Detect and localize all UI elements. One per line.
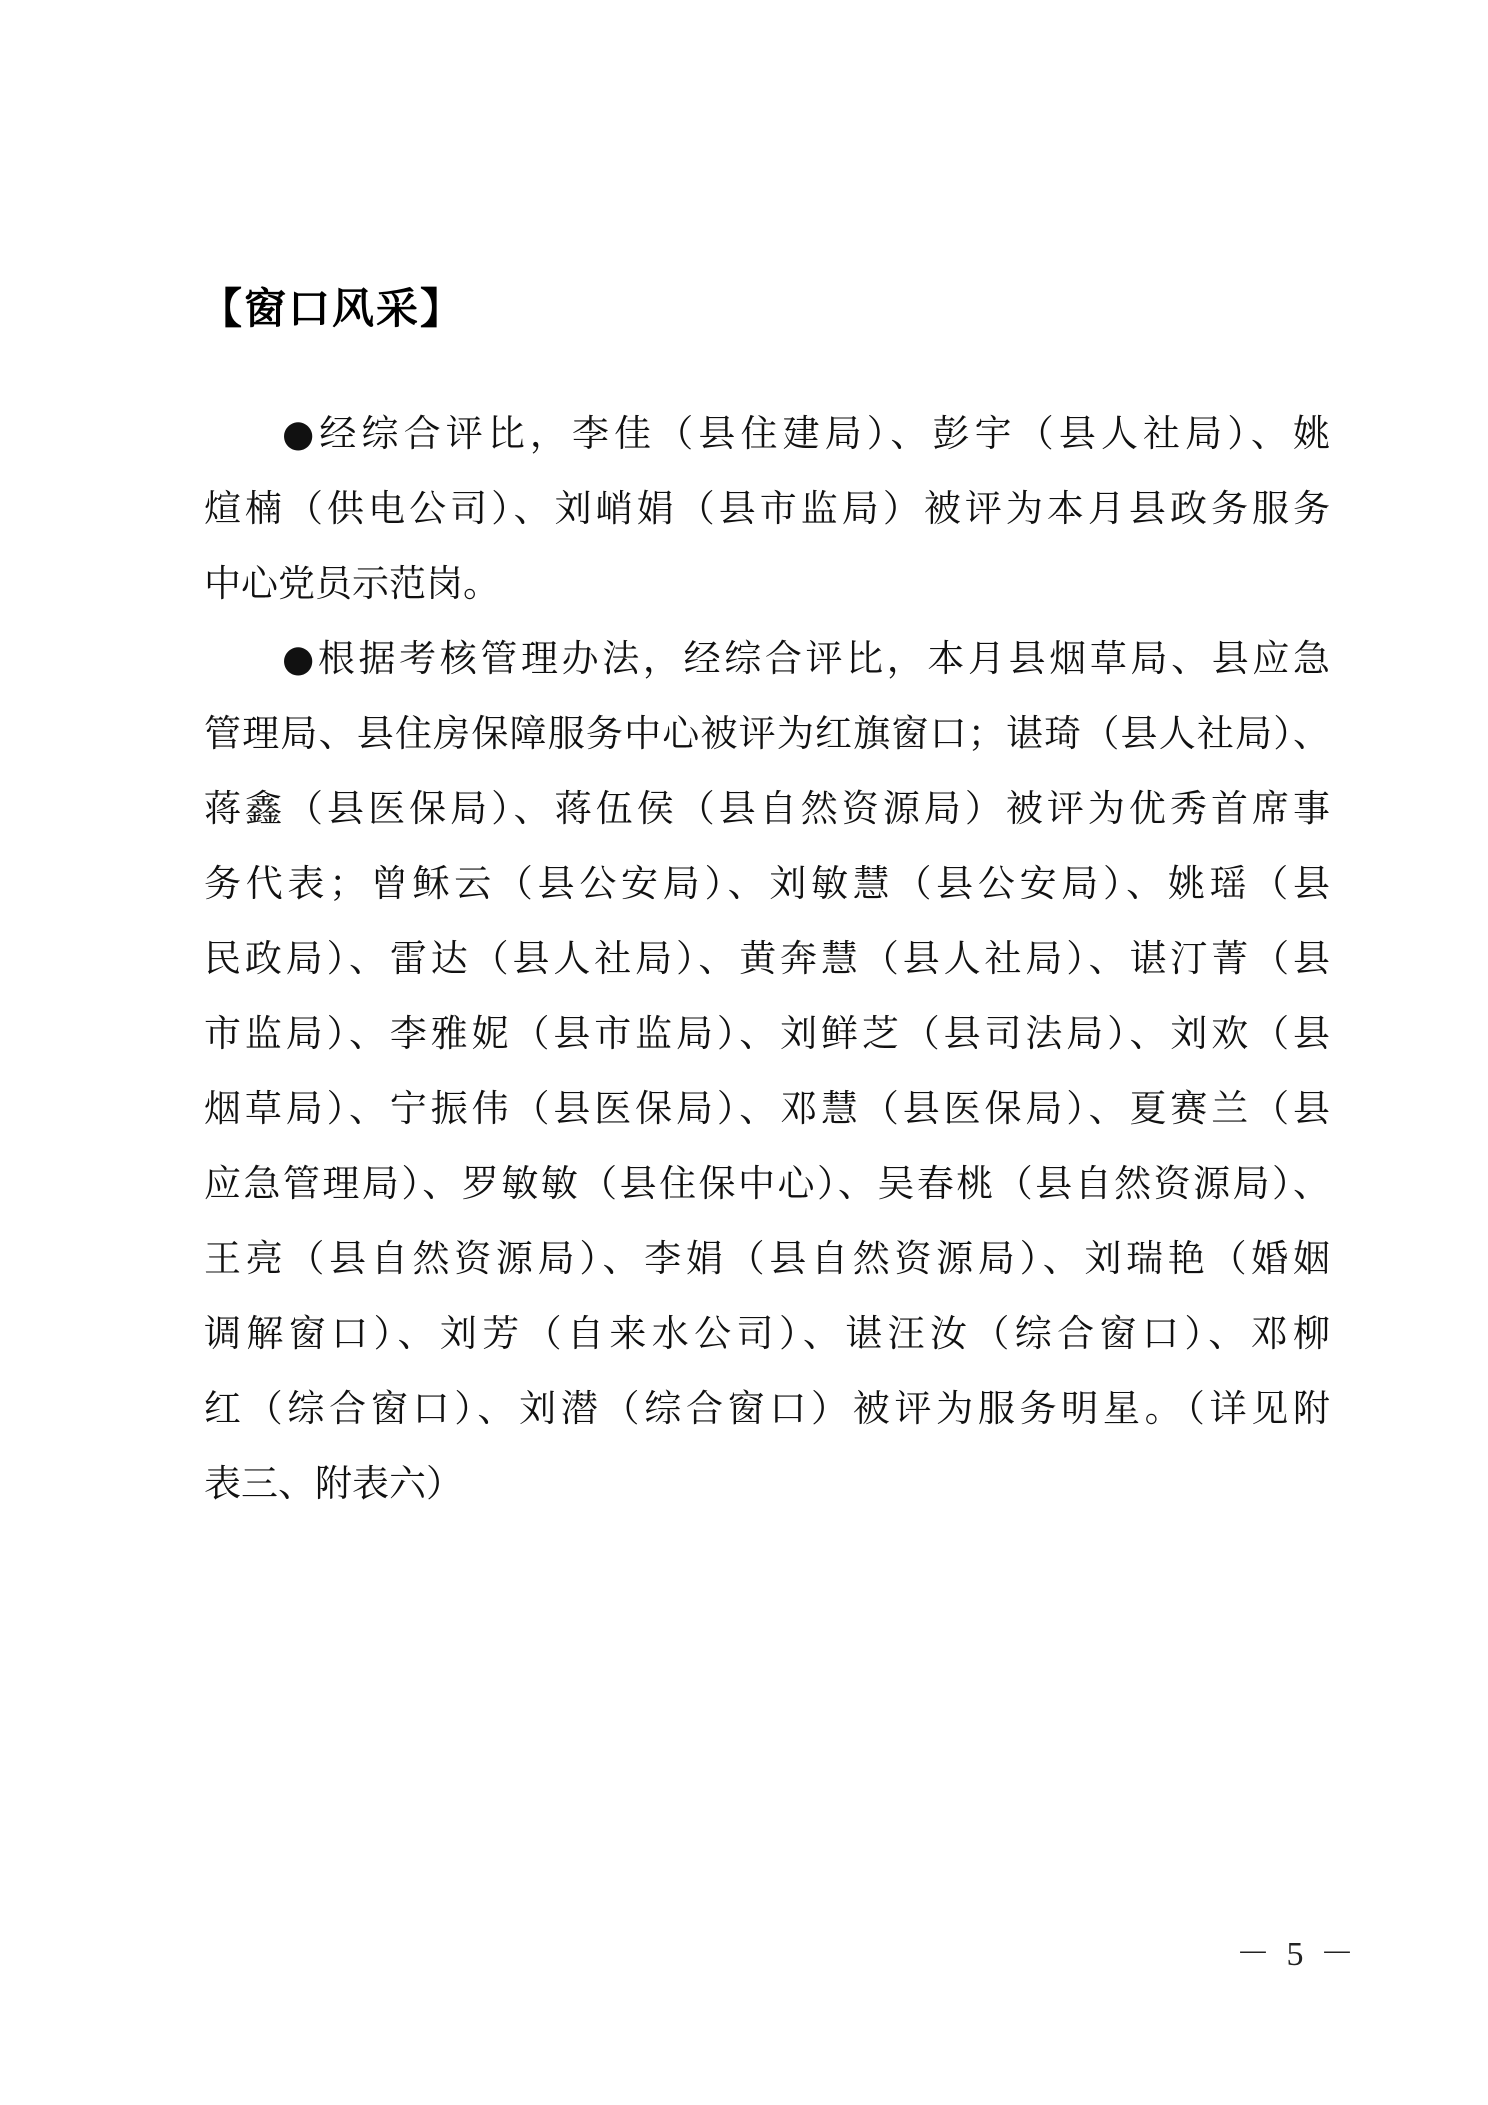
paragraph-2-line-1: ●根据考核管理办法，经综合评比，本月县烟草局、县应急	[204, 637, 1330, 681]
paragraph-2-line-12: 表三、附表六）	[204, 1462, 1330, 1506]
paragraph-2-line-4: 务代表；曾稣云（县公安局）、刘敏慧（县公安局）、姚瑶（县	[204, 862, 1330, 906]
paragraph-1-line-3: 中心党员示范岗。	[204, 562, 1330, 606]
paragraph-2-line-10: 调解窗口）、刘芳（自来水公司）、谌汪汝（综合窗口）、邓柳	[204, 1312, 1330, 1356]
paragraph-2-line-8: 应急管理局）、罗敏敏（县住保中心）、吴春桃（县自然资源局）、	[204, 1162, 1330, 1206]
paragraph-2-line-5: 民政局）、雷达（县人社局）、黄奔慧（县人社局）、谌汀菁（县	[204, 937, 1330, 981]
section-heading: 【窗口风采】	[200, 276, 464, 336]
paragraph-2-line-11: 红（综合窗口）、刘潜（综合窗口）被评为服务明星。（详见附	[204, 1387, 1330, 1431]
page-number: － 5 －	[1236, 1926, 1358, 1975]
paragraph-1-line-1: ●经综合评比，李佳（县住建局）、彭宇（县人社局）、姚	[204, 412, 1330, 456]
paragraph-2-line-2: 管理局、县住房保障服务中心被评为红旗窗口；谌琦（县人社局）、	[204, 712, 1330, 756]
paragraph-2-line-7: 烟草局）、宁振伟（县医保局）、邓慧（县医保局）、夏赛兰（县	[204, 1087, 1330, 1131]
paragraph-1-line-2: 煊楠（供电公司）、刘峭娟（县市监局）被评为本月县政务服务	[204, 487, 1330, 531]
document-page: 【窗口风采】 ●经综合评比，李佳（县住建局）、彭宇（县人社局）、姚 煊楠（供电公…	[0, 0, 1488, 2105]
paragraph-2-line-6: 市监局）、李雅妮（县市监局）、刘鲜芝（县司法局）、刘欢（县	[204, 1012, 1330, 1056]
paragraph-2-line-3: 蒋鑫（县医保局）、蒋伍侯（县自然资源局）被评为优秀首席事	[204, 787, 1330, 831]
paragraph-2-line-9: 王亮（县自然资源局）、李娟（县自然资源局）、刘瑞艳（婚姻	[204, 1237, 1330, 1281]
